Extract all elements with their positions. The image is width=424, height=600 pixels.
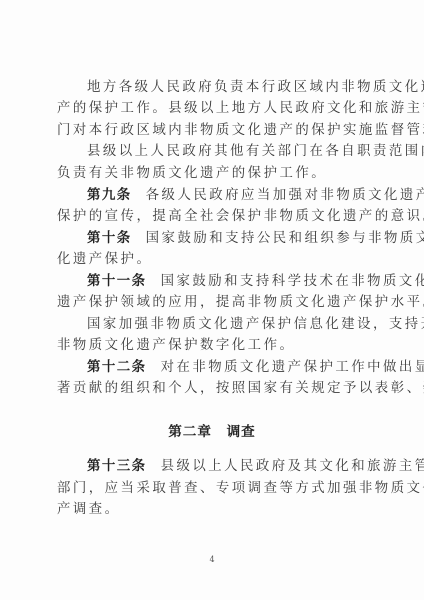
page-number: 4: [0, 555, 424, 564]
article-text: 县级以上人民政府及其文化和旅游主管: [161, 459, 424, 474]
paragraph-line: 县级以上人民政府其他有关部门在各自职责范围内，: [57, 142, 373, 162]
paragraph-line: 负责有关非物质文化遗产的保护工作。: [57, 164, 373, 184]
article-text: 各级人民政府应当加强对非物质文化遗产: [146, 188, 424, 203]
chapter-heading: 第二章 调查: [0, 422, 424, 442]
article-label: 第十二条: [87, 360, 147, 375]
article-9-line: 第九条各级人民政府应当加强对非物质文化遗产: [57, 186, 373, 206]
paragraph-line: 非物质文化遗产保护数字化工作。: [57, 336, 373, 356]
article-label: 第九条: [87, 188, 132, 203]
paragraph-line: 产的保护工作。县级以上地方人民政府文化和旅游主管部: [57, 99, 373, 119]
article-10-line: 第十条国家鼓励和支持公民和组织参与非物质文: [57, 229, 373, 249]
article-11-line: 第十一条国家鼓励和支持科学技术在非物质文化: [57, 272, 373, 292]
article-label: 第十三条: [87, 459, 147, 474]
article-text: 国家鼓励和支持公民和组织参与非物质文: [146, 231, 424, 246]
article-label: 第十条: [87, 231, 132, 246]
article-13-line: 第十三条县级以上人民政府及其文化和旅游主管: [57, 457, 373, 477]
article-text: 国家鼓励和支持科学技术在非物质文化: [161, 274, 424, 289]
paragraph-line: 化遗产保护。: [57, 250, 373, 270]
paragraph-line: 遗产保护领域的应用，提高非物质文化遗产保护水平。: [57, 293, 373, 313]
paragraph-line: 著贡献的组织和个人，按照国家有关规定予以表彰、奖励。: [57, 379, 373, 399]
paragraph-line: 国家加强非物质文化遗产保护信息化建设，支持开展: [57, 315, 373, 335]
paragraph-line: 门对本行政区域内非物质文化遗产的保护实施监督管理。: [57, 121, 373, 141]
document-page: 地方各级人民政府负责本行政区域内非物质文化遗 产的保护工作。县级以上地方人民政府…: [0, 0, 424, 600]
paragraph-line: 产调查。: [57, 500, 373, 520]
paragraph-line: 部门，应当采取普查、专项调查等方式加强非物质文化遗: [57, 479, 373, 499]
article-12-line: 第十二条对在非物质文化遗产保护工作中做出显: [57, 358, 373, 378]
article-text: 对在非物质文化遗产保护工作中做出显: [161, 360, 424, 375]
paragraph-line: 保护的宣传，提高全社会保护非物质文化遗产的意识。: [57, 207, 373, 227]
paragraph-line: 地方各级人民政府负责本行政区域内非物质文化遗: [57, 78, 373, 98]
article-label: 第十一条: [87, 274, 147, 289]
